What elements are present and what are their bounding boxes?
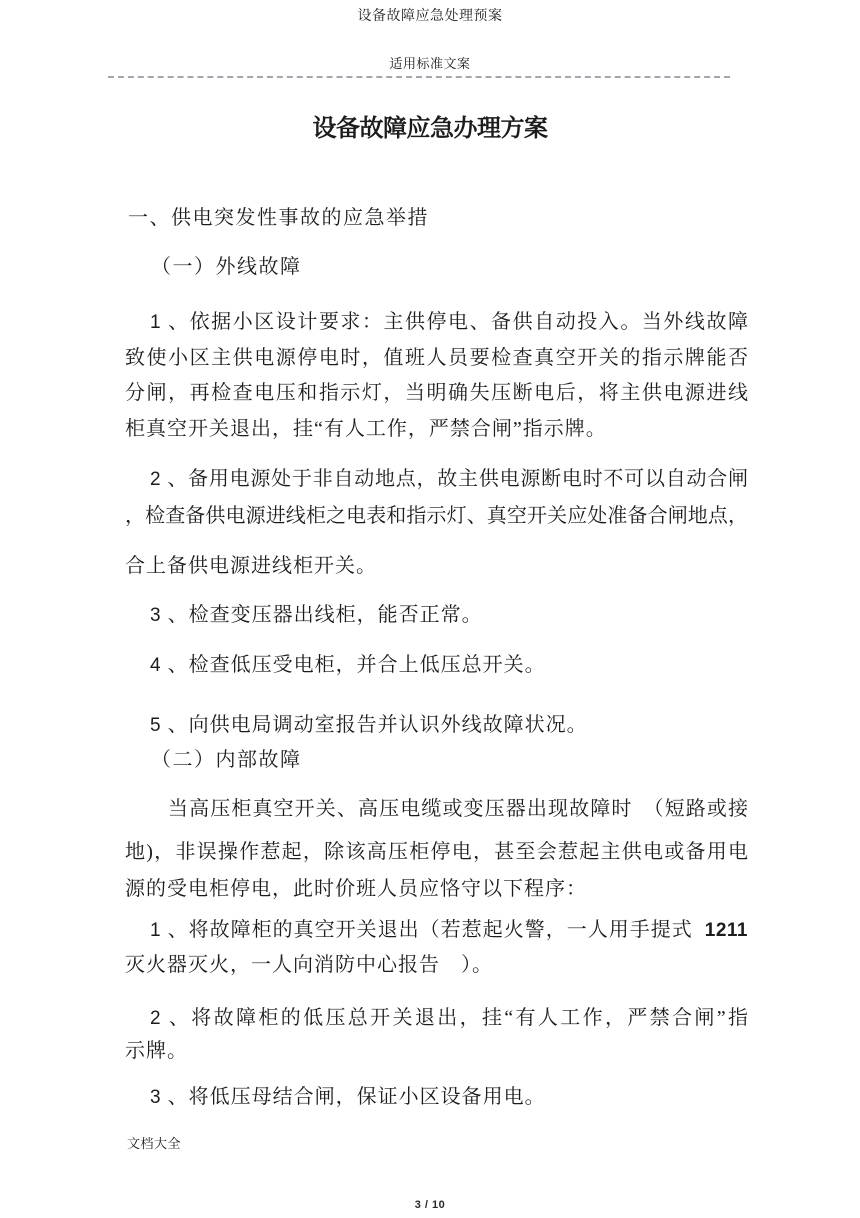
paragraph-text: 、将低压母结合闸，保证小区设备用电。 bbox=[168, 1086, 546, 1108]
header-divider bbox=[108, 76, 730, 78]
paragraph-line: 分闸，再检查电压和指示灯，当明确失压断电后，将主供电源进线 bbox=[125, 376, 748, 412]
page-number: 3 / 10 bbox=[0, 1199, 860, 1211]
document-title: 设备故障应急办理方案 bbox=[0, 108, 860, 143]
paragraph-text: 、检查变压器出线柜，能否正常。 bbox=[168, 604, 483, 626]
paragraph-line: 灭火器灭火，一人向消防中心报告 ）。 bbox=[125, 948, 748, 982]
paragraph-line: 1、将故障柜的真空开关退出（若惹起火警，一人用手提式1211 bbox=[125, 913, 748, 948]
list-item-last: 3、将低压母结合闸，保证小区设备用电。 bbox=[125, 1082, 748, 1113]
subsection-2-heading: （二）内部故障 bbox=[125, 743, 748, 772]
paragraph-line: 地)，非误操作惹起，除该高压柜停电，甚至会惹起主供电或备用电 bbox=[125, 834, 748, 871]
paragraph-line: 合上备供电源进线柜开关。 bbox=[125, 548, 748, 584]
paragraph-text: 、依据小区设计要求：主供停电、备供自动投入。当外线故障 bbox=[167, 311, 748, 333]
list-item-3: 3、检查变压器出线柜，能否正常。 bbox=[125, 600, 748, 631]
paragraph-line: 当高压柜真空开关、高压电缆或变压器出现故障时 （短路或接 bbox=[125, 791, 748, 828]
paragraph-line: ，检查备供电源进线柜之电表和指示灯、真空开关应处准备合闸地点， bbox=[125, 498, 748, 534]
document-page: 设备故障应急处理预案 适用标准文案 设备故障应急办理方案 一、供电突发性事故的应… bbox=[0, 0, 860, 1218]
list-number: 1 bbox=[150, 312, 161, 333]
paragraph-5: 2、将故障柜的低压总开关退出，挂“有人工作，严禁合闸”指 示牌。 bbox=[125, 1002, 748, 1068]
paragraph-line: 5、向供电局调动室报告并认识外线故障状况。 bbox=[125, 710, 748, 741]
footer-doc-label: 文档大全 bbox=[127, 1133, 181, 1152]
paragraph-line: 柜真空开关退出，挂“有人工作，严禁合闸”指示牌。 bbox=[125, 412, 748, 448]
list-item-5: 5、向供电局调动室报告并认识外线故障状况。 bbox=[125, 710, 748, 741]
paragraph-text: 、将故障柜的真空开关退出（若惹起火警，一人用手提式 bbox=[167, 919, 693, 941]
paragraph-1: 1、依据小区设计要求：主供停电、备供自动投入。当外线故障 致使小区主供电源停电时… bbox=[125, 305, 748, 447]
paragraph-text: 、将故障柜的低压总开关退出，挂“有人工作，严禁合闸”指 bbox=[167, 1007, 748, 1029]
subsection-1-heading: （一）外线故障 bbox=[125, 250, 748, 279]
paragraph-text: 、备用电源处于非自动地点，故主供电源断电时不可以自动合闸 bbox=[167, 468, 748, 490]
list-number: 5 bbox=[150, 715, 162, 736]
paragraph-3: 当高压柜真空开关、高压电缆或变压器出现故障时 （短路或接 地)，非误操作惹起，除… bbox=[125, 791, 748, 908]
list-item-4: 4、检查低压受电柜，并合上低压总开关。 bbox=[125, 650, 748, 681]
paragraph-line: 2、将故障柜的低压总开关退出，挂“有人工作，严禁合闸”指 bbox=[125, 1002, 748, 1035]
paragraph-line: 致使小区主供电源停电时，值班人员要检查真空开关的指示牌能否 bbox=[125, 341, 748, 377]
list-number: 4 bbox=[150, 655, 162, 676]
extinguisher-model-number: 1211 bbox=[705, 920, 748, 941]
paragraph-text: 、向供电局调动室报告并认识外线故障状况。 bbox=[168, 714, 588, 736]
paragraph-text: 、检查低压受电柜，并合上低压总开关。 bbox=[168, 654, 546, 676]
list-number: 3 bbox=[150, 605, 162, 626]
paragraph-line: 示牌。 bbox=[125, 1035, 748, 1068]
running-header-title: 设备故障应急处理预案 bbox=[0, 5, 860, 25]
list-number: 3 bbox=[150, 1087, 162, 1108]
paragraph-4: 1、将故障柜的真空开关退出（若惹起火警，一人用手提式1211 灭火器灭火，一人向… bbox=[125, 913, 748, 982]
paragraph-line: 3、将低压母结合闸，保证小区设备用电。 bbox=[125, 1082, 748, 1113]
paragraph-line: 4、检查低压受电柜，并合上低压总开关。 bbox=[125, 650, 748, 681]
paragraph-line: 3、检查变压器出线柜，能否正常。 bbox=[125, 600, 748, 631]
list-number: 1 bbox=[150, 920, 161, 941]
paragraph-line: 源的受电柜停电，此时价班人员应恪守以下程序： bbox=[125, 871, 748, 908]
list-number: 2 bbox=[150, 469, 161, 490]
paragraph-line: 1、依据小区设计要求：主供停电、备供自动投入。当外线故障 bbox=[125, 305, 748, 341]
paragraph-2: 2、备用电源处于非自动地点，故主供电源断电时不可以自动合闸 ，检查备供电源进线柜… bbox=[125, 461, 748, 584]
paragraph-line: 2、备用电源处于非自动地点，故主供电源断电时不可以自动合闸 bbox=[125, 461, 748, 498]
list-number: 2 bbox=[150, 1008, 161, 1029]
running-header-subtitle: 适用标准文案 bbox=[0, 53, 860, 72]
section-1-heading: 一、供电突发性事故的应急举措 bbox=[128, 201, 429, 230]
